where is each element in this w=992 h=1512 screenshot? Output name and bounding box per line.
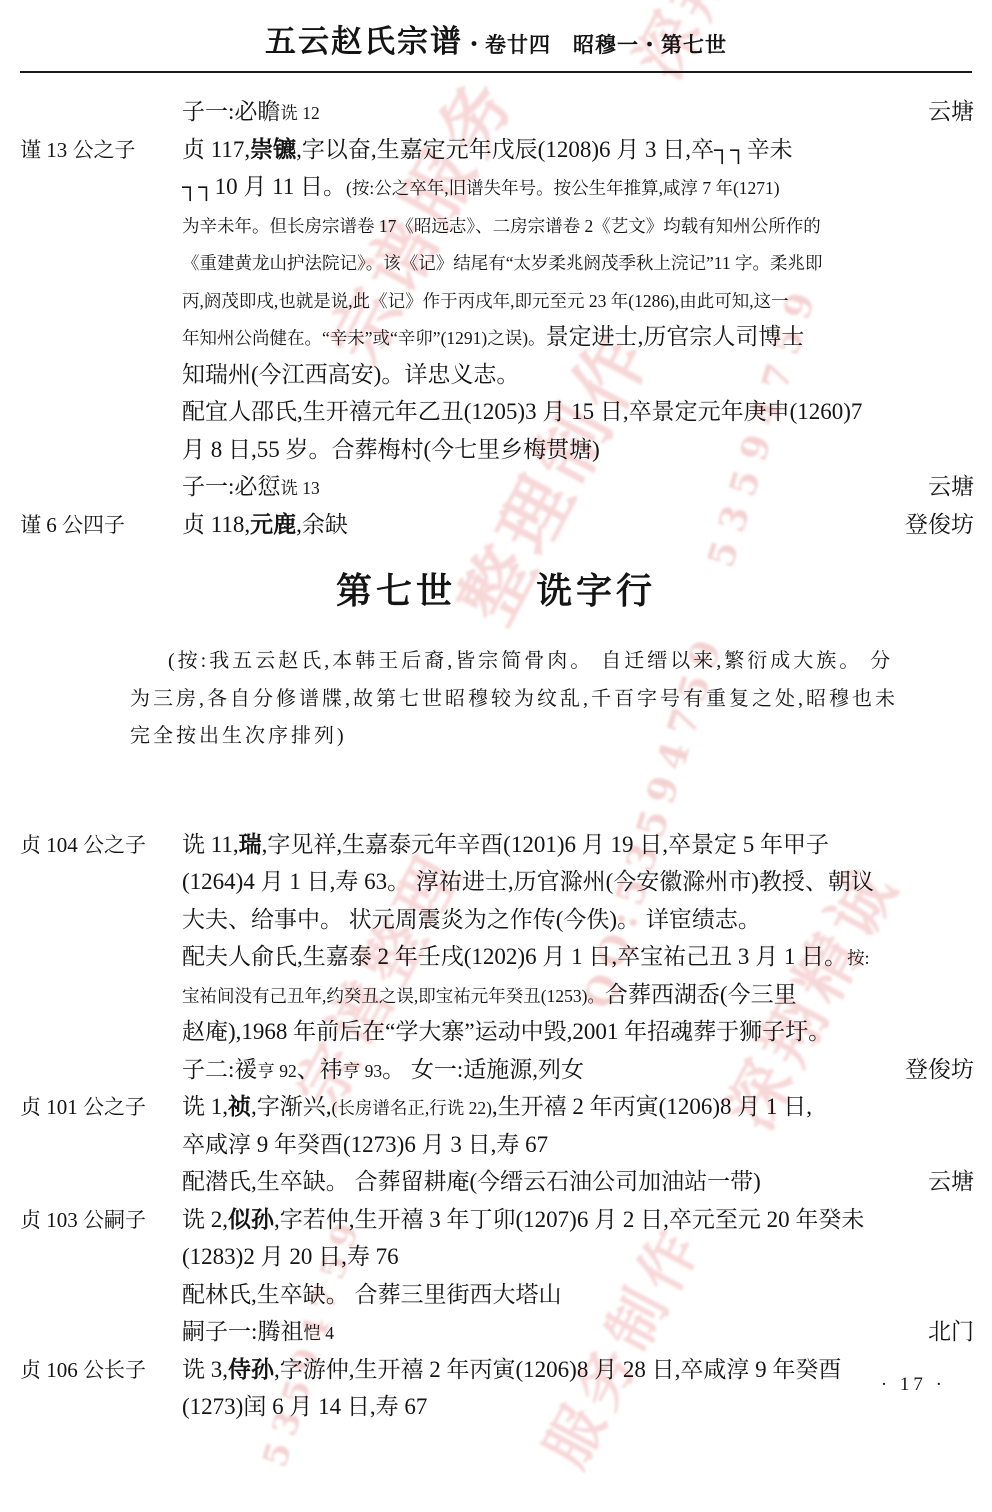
note-line: 为三房,各自分修谱牒,故第七世昭穆较为纹乱,千百字号有重复之处,昭穆也未 <box>130 681 900 719</box>
generation-label: 谨 13 公之子 <box>0 132 182 170</box>
location-tag: 云塘 <box>920 1163 992 1201</box>
record-text: 赵庵),1968 年前后在“学大寨”运动中毁,2001 年招魂葬于狮子圩。 <box>182 1013 992 1051</box>
text-segment: 宝祐间没有己丑年,约癸丑之误,即宝祐元年癸丑(1253)。 <box>182 986 605 1006</box>
text-segment: 诜 13 <box>280 478 319 498</box>
section-gap <box>0 756 992 826</box>
text-segment: (1283)2 月 20 日,寿 76 <box>182 1244 399 1269</box>
text-segment: 诜 1, <box>182 1094 228 1119</box>
text-segment: (1273)闰 6 月 14 日,寿 67 <box>182 1394 427 1419</box>
text-segment: 嗣子一:腾祖 <box>182 1319 303 1344</box>
records-top: 子一:必瞻诜 12云塘谨 13 公之子贞 117,崇镳,字以奋,生嘉定元年戊辰(… <box>0 93 992 543</box>
text-segment: ,生开禧 2 年丙寅(1206)8 月 1 日, <box>492 1094 812 1119</box>
location-tag: 云塘 <box>920 468 992 506</box>
record-line: 卒咸淳 9 年癸酉(1273)6 月 3 日,寿 67 <box>0 1126 992 1164</box>
text-segment: 瑞 <box>239 832 262 857</box>
record-line: 大夫、给事中。 状元周震炎为之作传(今佚)。 详宦绩志。 <box>0 901 992 939</box>
text-segment: 子一:必瞻 <box>182 99 280 124</box>
record-text: 子二:禐亨 92、祎亨 93。 女一:适施源,列女 <box>182 1051 897 1091</box>
text-segment: 为辛未年。但长房宗谱卷 17《昭远志》、二房宗谱卷 2《艺文》均载有知州公所作的 <box>182 216 821 236</box>
text-segment: ,字游仲,生开禧 2 年丙寅(1206)8 月 28 日,卒咸淳 9 年癸酉 <box>274 1357 841 1382</box>
record-line: 贞 106 公长子诜 3,侍孙,字游仲,生开禧 2 年丙寅(1206)8 月 2… <box>0 1351 992 1389</box>
text-segment: 子二:禐 <box>182 1057 257 1082</box>
record-line: 子二:禐亨 92、祎亨 93。 女一:适施源,列女登俊坊 <box>0 1051 992 1089</box>
record-line: 配林氏,生卒缺。 合葬三里街西大塔山 <box>0 1276 992 1314</box>
record-line: 知瑞州(今江西高安)。详忠义志。 <box>0 356 992 394</box>
record-text: 知瑞州(今江西高安)。详忠义志。 <box>182 356 992 394</box>
record-text: (1273)闰 6 月 14 日,寿 67 <box>182 1388 992 1426</box>
text-segment: (1264)4 月 1 日,寿 63。 淳祐进士,历官滁州(今安徽滁州市)教授、… <box>182 869 874 894</box>
text-segment: ,字以奋,生嘉定元年戊辰(1208)6 月 3 日,卒┐┐辛未 <box>296 137 792 162</box>
generation-label: 贞 104 公之子 <box>0 827 182 865</box>
text-segment: 配潜氏,生卒缺。 合葬留耕庵(今缙云石油公司加油站一带) <box>182 1169 761 1194</box>
page-number: · 17 · <box>881 1374 946 1396</box>
record-line: 配宜人邵氏,生开禧元年乙丑(1205)3 月 15 日,卒景定元年庚申(1260… <box>0 393 992 431</box>
record-line: 配潜氏,生卒缺。 合葬留耕庵(今缙云石油公司加油站一带)云塘 <box>0 1163 992 1201</box>
text-segment: 赵庵),1968 年前后在“学大寨”运动中毁,2001 年招魂葬于狮子圩。 <box>182 1019 831 1044</box>
record-line: 嗣子一:腾祖恺 4北门 <box>0 1313 992 1351</box>
generation-label: 谨 6 公四子 <box>0 507 182 545</box>
generation-label: 贞 103 公嗣子 <box>0 1202 182 1240</box>
record-text: 配宜人邵氏,生开禧元年乙丑(1205)3 月 15 日,卒景定元年庚申(1260… <box>182 393 992 431</box>
text-segment: 《重建黄龙山护法院记》。该《记》结尾有“太岁柔兆阏茂季秋上浣记”11 字。柔兆即 <box>182 253 823 273</box>
text-segment: 侍孙 <box>228 1357 274 1382</box>
record-line: 谨 6 公四子贞 118,元鹿,余缺登俊坊 <box>0 506 992 544</box>
record-text: 诜 2,似孙,字若仲,生开禧 3 年丁卯(1207)6 月 2 日,卒元至元 2… <box>182 1201 992 1239</box>
text-segment: ,字若仲,生开禧 3 年丁卯(1207)6 月 2 日,卒元至元 20 年癸未 <box>274 1207 864 1232</box>
page-header: 五云赵氏宗谱・卷廿四 昭穆一・第七世 <box>0 0 992 61</box>
record-text: 诜 3,侍孙,字游仲,生开禧 2 年丙寅(1206)8 月 28 日,卒咸淳 9… <box>182 1351 992 1389</box>
page-content: 五云赵氏宗谱・卷廿四 昭穆一・第七世 子一:必瞻诜 12云塘谨 13 公之子贞 … <box>0 0 992 1426</box>
section-title: 第七世 诜字行 <box>0 569 992 613</box>
text-segment: 祯 <box>228 1094 251 1119</box>
text-segment: 诜 11, <box>182 832 239 857</box>
record-line: 丙,阏茂即戌,也就是说,此《记》作于丙戌年,即元至元 23 年(1286),由此… <box>0 281 992 319</box>
text-segment: 元鹿 <box>250 512 296 537</box>
text-segment: (按:公之卒年,旧谱失年号。按公生年推算,咸淳 7 年(1271) <box>346 178 780 198</box>
text-segment: ┐┐10 月 11 日。 <box>182 174 346 199</box>
record-line: 贞 104 公之子诜 11,瑞,字见祥,生嘉泰元年辛酉(1201)6 月 19 … <box>0 826 992 864</box>
record-line: (1264)4 月 1 日,寿 63。 淳祐进士,历官滁州(今安徽滁州市)教授、… <box>0 863 992 901</box>
record-text: 配林氏,生卒缺。 合葬三里街西大塔山 <box>182 1276 992 1314</box>
text-segment: 合葬西湖岙(今三里 <box>605 982 797 1007</box>
record-line: ┐┐10 月 11 日。(按:公之卒年,旧谱失年号。按公生年推算,咸淳 7 年(… <box>0 168 992 206</box>
text-segment: ,字见祥,生嘉泰元年辛酉(1201)6 月 19 日,卒景定 5 年甲子 <box>262 832 829 857</box>
text-segment: 大夫、给事中。 状元周震炎为之作传(今佚)。 详宦绩志。 <box>182 907 761 932</box>
record-line: 贞 103 公嗣子诜 2,似孙,字若仲,生开禧 3 年丁卯(1207)6 月 2… <box>0 1201 992 1239</box>
text-segment: 崇镳 <box>250 137 296 162</box>
record-line: 谨 13 公之子贞 117,崇镳,字以奋,生嘉定元年戊辰(1208)6 月 3 … <box>0 131 992 169</box>
record-text: 配潜氏,生卒缺。 合葬留耕庵(今缙云石油公司加油站一带) <box>182 1163 920 1201</box>
text-segment: 景定进士,历官宗人司博士 <box>546 324 805 349</box>
record-text: (1264)4 月 1 日,寿 63。 淳祐进士,历官滁州(今安徽滁州市)教授、… <box>182 863 992 901</box>
text-segment: 诜 3, <box>182 1357 228 1382</box>
text-segment: 、祎 <box>297 1057 343 1082</box>
text-segment: (长房谱名正,行诜 22) <box>332 1098 492 1118</box>
record-text: 子一:必愆诜 13 <box>182 468 920 508</box>
record-text: 诜 11,瑞,字见祥,生嘉泰元年辛酉(1201)6 月 19 日,卒景定 5 年… <box>182 826 992 864</box>
text-segment: 贞 117, <box>182 137 250 162</box>
record-text: 贞 117,崇镳,字以奋,生嘉定元年戊辰(1208)6 月 3 日,卒┐┐辛未 <box>182 131 992 169</box>
title-separator-dot: ・ <box>463 32 485 57</box>
record-text: 为辛未年。但长房宗谱卷 17《昭远志》、二房宗谱卷 2《艺文》均载有知州公所作的 <box>182 206 992 246</box>
record-text: 贞 118,元鹿,余缺 <box>182 506 897 544</box>
text-segment: 诜 2, <box>182 1207 228 1232</box>
volume-subtitle: 卷廿四 昭穆一・第七世 <box>485 33 727 57</box>
record-line: 贞 101 公之子诜 1,祯,字渐兴,(长房谱名正,行诜 22),生开禧 2 年… <box>0 1088 992 1126</box>
record-text: 大夫、给事中。 状元周震炎为之作传(今佚)。 详宦绩志。 <box>182 901 992 939</box>
generation-label: 贞 101 公之子 <box>0 1089 182 1127</box>
record-text: 诜 1,祯,字渐兴,(长房谱名正,行诜 22),生开禧 2 年丙寅(1206)8… <box>182 1088 992 1128</box>
note-line: (按:我五云赵氏,本韩王后裔,皆宗简骨肉。 自迁缙以来,繁衍成大族。 分 <box>130 643 900 681</box>
record-text: (1283)2 月 20 日,寿 76 <box>182 1238 992 1276</box>
record-line: (1283)2 月 20 日,寿 76 <box>0 1238 992 1276</box>
text-segment: 丙,阏茂即戌,也就是说,此《记》作于丙戌年,即元至元 23 年(1286),由此… <box>182 291 789 311</box>
record-text: 丙,阏茂即戌,也就是说,此《记》作于丙戌年,即元至元 23 年(1286),由此… <box>182 281 992 321</box>
text-segment: 诜 12 <box>280 103 319 123</box>
record-text: 子一:必瞻诜 12 <box>182 93 920 133</box>
text-segment: 恺 4 <box>303 1323 334 1343</box>
record-text: 嗣子一:腾祖恺 4 <box>182 1313 920 1353</box>
location-tag: 北门 <box>920 1313 992 1351</box>
record-line: 月 8 日,55 岁。合葬梅村(今七里乡梅贯塘) <box>0 431 992 469</box>
record-line: 子一:必瞻诜 12云塘 <box>0 93 992 131</box>
record-line: 宝祐间没有己丑年,约癸丑之误,即宝祐元年癸丑(1253)。合葬西湖岙(今三里 <box>0 976 992 1014</box>
records-bottom: 贞 104 公之子诜 11,瑞,字见祥,生嘉泰元年辛酉(1201)6 月 19 … <box>0 826 992 1426</box>
record-text: 宝祐间没有己丑年,约癸丑之误,即宝祐元年癸丑(1253)。合葬西湖岙(今三里 <box>182 976 992 1016</box>
record-line: 年知州公尚健在。“辛未”或“辛卯”(1291)之误)。景定进士,历官宗人司博士 <box>0 318 992 356</box>
text-segment: 配林氏,生卒缺。 合葬三里街西大塔山 <box>182 1282 562 1307</box>
text-segment: 配夫人俞氏,生嘉泰 2 年壬戌(1202)6 月 1 日,卒宝祐己丑 3 月 1… <box>182 944 847 969</box>
record-line: 配夫人俞氏,生嘉泰 2 年壬戌(1202)6 月 1 日,卒宝祐己丑 3 月 1… <box>0 938 992 976</box>
book-title: 五云赵氏宗谱 <box>265 24 463 59</box>
text-segment: ,余缺 <box>296 512 348 537</box>
generation-label: 贞 106 公长子 <box>0 1352 182 1390</box>
record-line: (1273)闰 6 月 14 日,寿 67 <box>0 1388 992 1426</box>
record-text: 《重建黄龙山护法院记》。该《记》结尾有“太岁柔兆阏茂季秋上浣记”11 字。柔兆即 <box>182 243 992 283</box>
text-segment: 子一:必愆 <box>182 474 280 499</box>
note-paragraph: (按:我五云赵氏,本韩王后裔,皆宗简骨肉。 自迁缙以来,繁衍成大族。 分为三房,… <box>130 643 900 756</box>
text-segment: 按: <box>847 948 869 968</box>
location-tag: 登俊坊 <box>897 1051 992 1089</box>
record-text: 月 8 日,55 岁。合葬梅村(今七里乡梅贯塘) <box>182 431 992 469</box>
text-segment: 知瑞州(今江西高安)。详忠义志。 <box>182 362 519 387</box>
record-line: 为辛未年。但长房宗谱卷 17《昭远志》、二房宗谱卷 2《艺文》均载有知州公所作的 <box>0 206 992 244</box>
record-text: ┐┐10 月 11 日。(按:公之卒年,旧谱失年号。按公生年推算,咸淳 7 年(… <box>182 168 992 208</box>
text-segment: 亨 93 <box>343 1061 382 1081</box>
text-segment: 年知州公尚健在。“辛未”或“辛卯”(1291)之误)。 <box>182 328 546 348</box>
note-line: 完全按出生次序排列) <box>130 718 900 756</box>
record-text: 年知州公尚健在。“辛未”或“辛卯”(1291)之误)。景定进士,历官宗人司博士 <box>182 318 992 358</box>
location-tag: 云塘 <box>920 93 992 131</box>
record-line: 《重建黄龙山护法院记》。该《记》结尾有“太岁柔兆阏茂季秋上浣记”11 字。柔兆即 <box>0 243 992 281</box>
record-text: 配夫人俞氏,生嘉泰 2 年壬戌(1202)6 月 1 日,卒宝祐己丑 3 月 1… <box>182 938 992 978</box>
text-segment: ,字渐兴, <box>251 1094 332 1119</box>
record-text: 卒咸淳 9 年癸酉(1273)6 月 3 日,寿 67 <box>182 1126 992 1164</box>
genealogy-page: 深翔精诚53594759宗谱服务整理制作QQ:53594759深翔精诚宗谱整理5… <box>0 0 992 1512</box>
record-line: 子一:必愆诜 13云塘 <box>0 468 992 506</box>
text-segment: 月 8 日,55 岁。合葬梅村(今七里乡梅贯塘) <box>182 437 600 462</box>
text-segment: 。 女一:适施源,列女 <box>382 1057 584 1082</box>
text-segment: 卒咸淳 9 年癸酉(1273)6 月 3 日,寿 67 <box>182 1132 548 1157</box>
record-body: 子一:必瞻诜 12云塘谨 13 公之子贞 117,崇镳,字以奋,生嘉定元年戊辰(… <box>0 73 992 1426</box>
text-segment: 似孙 <box>228 1207 274 1232</box>
text-segment: 配宜人邵氏,生开禧元年乙丑(1205)3 月 15 日,卒景定元年庚申(1260… <box>182 399 862 424</box>
text-segment: 贞 118, <box>182 512 250 537</box>
record-line: 赵庵),1968 年前后在“学大寨”运动中毁,2001 年招魂葬于狮子圩。 <box>0 1013 992 1051</box>
text-segment: 亨 92 <box>257 1061 296 1081</box>
location-tag: 登俊坊 <box>897 506 992 544</box>
